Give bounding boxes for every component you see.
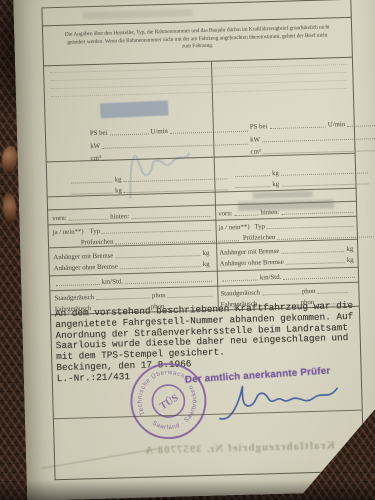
showthrough-smudge: [253, 191, 313, 199]
unit-label: kg: [347, 257, 354, 264]
field-label: km/Std.: [260, 274, 282, 282]
field-label: ja / nein**): [219, 224, 250, 232]
vehicle-registration-form: Die Angaben über den Hersteller, Typ, di…: [41, 0, 364, 480]
field-label: Prüfzeichen: [243, 234, 276, 242]
unit-label: phon: [152, 292, 166, 299]
field-label: Anhänger ohne Bremse: [54, 263, 118, 272]
field-label: PS bei: [250, 123, 268, 130]
seal-monogram: TÜS: [157, 391, 181, 412]
field-label: PS bei: [90, 130, 108, 137]
field-label: cm³: [91, 155, 102, 162]
field-label: kW: [90, 143, 100, 150]
spec-columns: PS bei U/min kW cm³ kg: [44, 58, 359, 316]
binding-residue-spot: [3, 193, 16, 223]
redaction-mark: [100, 100, 169, 118]
field-label: kW: [250, 136, 260, 143]
unit-label: phon: [302, 288, 316, 295]
field-label: hinten:: [110, 213, 129, 221]
binding-residue-spot: [2, 146, 17, 172]
unit-label: U/min: [328, 121, 346, 128]
showthrough-smudge: [83, 9, 193, 19]
unit-label: U/min: [150, 128, 168, 135]
showthrough-title: Kraftfahrzeugbrief Nr. 3957708 A: [67, 440, 335, 458]
field-label: ja / nein**): [53, 228, 84, 236]
unit-label: kg: [272, 181, 279, 188]
field-label: Anhänger ohne Bremse: [220, 259, 284, 268]
field-label: vorn:: [52, 215, 67, 222]
field-label: hinten:: [260, 209, 279, 217]
field-label: Typ: [90, 228, 101, 235]
field-label: Prüfzeichen: [81, 239, 114, 247]
field-label: km/Std.: [102, 278, 124, 286]
unit-label: kg: [203, 261, 210, 268]
unit-label: kg: [346, 246, 353, 253]
field-label: cm³: [250, 148, 261, 155]
field-label: Typ: [254, 223, 265, 230]
unit-label: kg: [202, 250, 209, 257]
field-label: Standgeräusch: [220, 289, 260, 297]
document-page: Die Angaben über den Hersteller, Typ, di…: [13, 0, 375, 500]
field-label: Standgeräusch: [54, 294, 94, 302]
field-label: vorn:: [218, 210, 233, 217]
unit-label: kg: [272, 170, 279, 177]
photo-background: Die Angaben über den Hersteller, Typ, di…: [0, 0, 375, 500]
field-power: PS bei U/min: [216, 117, 375, 132]
bottom-shadow: [0, 480, 375, 500]
